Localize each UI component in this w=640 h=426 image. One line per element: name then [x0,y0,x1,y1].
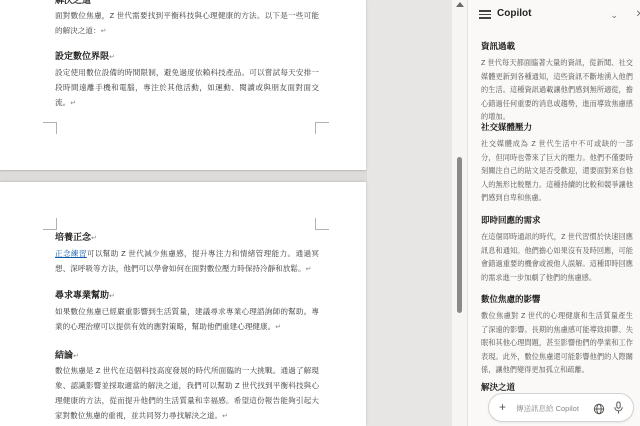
globe-icon[interactable] [593,402,605,420]
doc-paragraph: 設定使用數位設備的時間限制，避免過度依賴科技產品。可以嘗試每天安排一段時間遠離手… [55,65,319,111]
paragraph-mark: ↵ [101,28,107,35]
copilot-section-body: 在這個即時通訊的時代，Z 世代習慣於快速回應訊息和通知。他們擔心如果沒有及時回應… [481,230,633,284]
copilot-section-heading: 解決之道 [481,381,633,393]
text-boundary-mark [315,122,329,134]
copilot-section-body: 數位焦慮對 Z 世代的心理健康和生活質量產生了深遠的影響。長期的焦慮感可能導致抑… [481,309,633,377]
doc-heading-cutoff: 解決之道 [55,0,91,6]
microphone-icon[interactable] [613,401,624,420]
plus-icon[interactable]: + [499,400,506,414]
hamburger-menu-icon[interactable] [479,10,491,19]
text-boundary-mark [315,218,329,230]
input-placeholder: 傳送訊息給 Copilot [516,403,579,414]
doc-heading: 培養正念↵ [55,230,97,243]
copilot-section-heading: 社交媒體壓力 [481,121,633,133]
doc-heading: 結論↵ [55,348,79,361]
copilot-header: Copilot ⌄ ✕ [468,0,640,30]
paragraph-mark: ↵ [73,353,79,360]
hyperlink-mindfulness[interactable]: 正念練習 [55,249,87,258]
doc-paragraph: 面對數位焦慮，Z 世代需要找到平衡科技與心理健康的方法。以下是一些可能的解決之道… [55,8,319,39]
copilot-section-body: 社交媒體成為 Z 世代生活中不可或缺的一部分，但同時也帶來了巨大的壓力。他們不僅… [481,137,633,205]
app-window: 解決之道 面對數位焦慮，Z 世代需要找到平衡科技與心理健康的方法。以下是一些可能… [0,0,640,426]
scrollbar-thumb[interactable] [457,157,462,313]
text-boundary-mark [43,122,57,134]
doc-paragraph: 如果數位焦慮已經嚴重影響到生活質量，建議尋求專業心理諮詢師的幫助。專業的心理治療… [55,304,319,335]
paragraph-mark: ↵ [306,266,312,273]
paragraph-mark: ↵ [70,100,76,107]
paragraph-mark: ↵ [222,413,228,420]
paragraph-mark: ↵ [91,235,97,242]
copilot-section-body: Z 世代每天都面臨著大量的資訊，從新聞、社交媒體更新到各種通知，這些資訊不斷地湧… [481,56,633,124]
text-boundary-mark [43,218,57,230]
document-canvas: 解決之道 面對數位焦慮，Z 世代需要找到平衡科技與心理健康的方法。以下是一些可能… [0,0,452,426]
doc-paragraph: 正念練習可以幫助 Z 世代減少焦慮感，提升專注力和情緒管理能力。通過冥想、深呼吸… [55,246,319,277]
doc-heading: 設定數位界限↵ [55,49,115,62]
chevron-down-icon[interactable]: ⌄ [610,11,618,20]
scrollbar-up-arrow[interactable] [456,2,464,7]
close-icon[interactable]: ✕ [636,9,640,20]
copilot-section-heading: 數位焦慮的影響 [481,293,633,305]
copilot-title: Copilot [497,8,531,19]
paragraph-mark: ↵ [109,54,115,61]
copilot-panel: Copilot ⌄ ✕ 資訊過載 Z 世代每天都面臨著大量的資訊，從新聞、社交媒… [467,0,640,426]
document-page-1[interactable]: 解決之道 面對數位焦慮，Z 世代需要找到平衡科技與心理健康的方法。以下是一些可能… [0,0,366,170]
copilot-message-input[interactable]: + 傳送訊息給 Copilot [488,393,634,422]
doc-paragraph: 數位焦慮是 Z 世代在這個科技高度發展的時代所面臨的一大挑戰。通過了解現象、認識… [55,363,319,424]
doc-heading: 尋求專業幫助↵ [55,288,115,301]
copilot-section-heading: 資訊過載 [481,40,633,52]
paragraph-mark: ↵ [275,324,281,331]
document-page-2[interactable]: 培養正念↵ 正念練習可以幫助 Z 世代減少焦慮感，提升專注力和情緒管理能力。通過… [0,182,366,426]
paragraph-mark: ↵ [109,293,115,300]
document-scrollbar[interactable] [452,0,467,426]
copilot-section-heading: 即時回應的需求 [481,214,633,226]
